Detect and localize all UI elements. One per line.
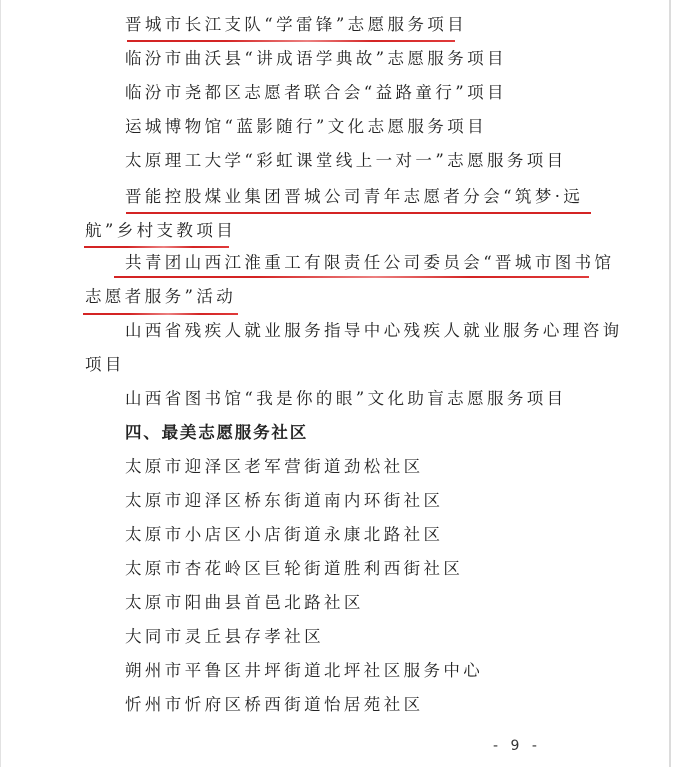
red-underline [127,40,455,42]
community-item: 大同市灵丘县存孝社区 [125,626,324,648]
community-item: 太原市阳曲县首邑北路社区 [125,592,364,614]
project-item-6-cont: 航”乡村支教项目 [85,220,236,242]
project-item-2: 临汾市曲沃县“讲成语学典故”志愿服务项目 [125,48,507,70]
project-item-7: 共青团山西江淮重工有限责任公司委员会“晋城市图书馆 [125,252,614,274]
project-item-9: 山西省图书馆“我是你的眼”文化助盲志愿服务项目 [125,388,567,410]
red-underline [126,212,591,214]
page-number: - 9 - [493,738,541,754]
community-item: 太原市迎泽区桥东街道南内环街社区 [125,490,443,512]
community-item: 忻州市忻府区桥西街道怡居苑社区 [125,694,424,716]
red-underline [84,246,229,248]
community-item: 太原市迎泽区老军营街道劲松社区 [125,456,424,478]
document-page: 晋城市长江支队“学雷锋”志愿服务项目 临汾市曲沃县“讲成语学典故”志愿服务项目 … [0,0,671,767]
community-item: 太原市杏花岭区巨轮街道胜利西街社区 [125,558,463,580]
project-item-8: 山西省残疾人就业服务指导中心残疾人就业服务心理咨询 [125,320,623,342]
project-item-1: 晋城市长江支队“学雷锋”志愿服务项目 [125,14,467,36]
community-item: 朔州市平鲁区井坪街道北坪社区服务中心 [125,660,483,682]
red-underline [83,313,238,315]
community-item: 太原市小店区小店街道永康北路社区 [125,524,443,546]
project-item-4: 运城博物馆“蓝影随行”文化志愿服务项目 [125,116,487,138]
red-underline [114,276,589,278]
project-item-6: 晋能控股煤业集团晋城公司青年志愿者分会“筑梦·远 [125,186,583,208]
project-item-5: 太原理工大学“彩虹课堂线上一对一”志愿服务项目 [125,150,567,172]
project-item-3: 临汾市尧都区志愿者联合会“益路童行”项目 [125,82,507,104]
project-item-8-cont: 项目 [85,354,125,376]
project-item-7-cont: 志愿者服务”活动 [85,286,236,308]
section-heading: 四、最美志愿服务社区 [125,422,308,444]
